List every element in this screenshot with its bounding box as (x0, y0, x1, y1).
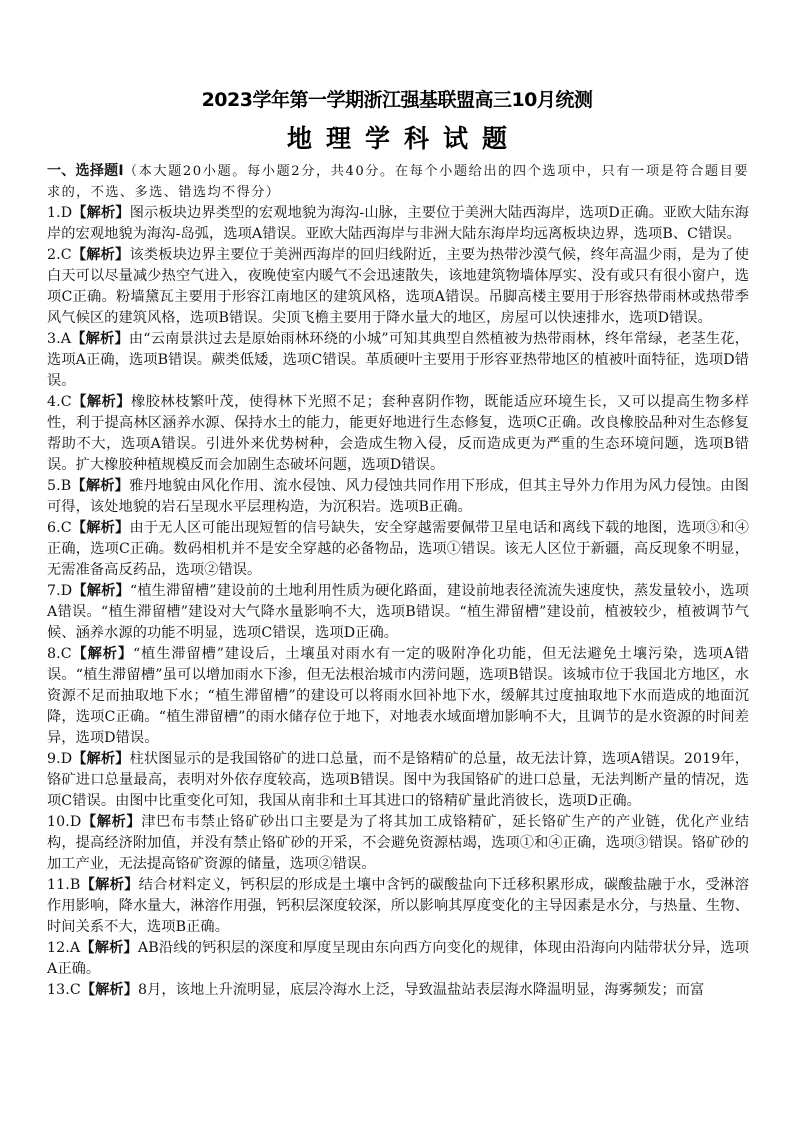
answer-text: 由于无人区可能出现短暂的信号缺失，安全穿越需要佩带卫星电话和离线下载的地图，选项… (47, 520, 749, 578)
answer-number: 13.C (47, 982, 81, 998)
subject-title: 地理学科试题 (0, 124, 794, 154)
answer-text: “植生滞留槽”建设后，土壤虽对雨水有一定的吸附净化功能，但无法避免土壤污染，选项… (47, 646, 749, 746)
answer-number: 7.D (47, 583, 72, 599)
answer-item-11: 11.B【解析】结合材料定义，钙积层的形成是土壤中含钙的碳酸盐向下迁移积累形成，… (47, 875, 749, 938)
answer-item-8: 8.C【解析】“植生滞留槽”建设后，土壤虽对雨水有一定的吸附净化功能，但无法避免… (47, 644, 749, 749)
analysis-tag: 【解析】 (72, 247, 130, 263)
answer-item-1: 1.D【解析】图示板块边界类型的宏观地貌为海沟-山脉，主要位于美洲大陆西海岸，选… (47, 203, 749, 245)
analysis-tag: 【解析】 (80, 877, 138, 893)
answer-number: 10.D (47, 814, 81, 830)
analysis-tag: 【解析】 (72, 646, 133, 662)
analysis-tag: 【解析】 (72, 751, 129, 767)
section-heading: 一、选择题Ⅰ（本大题20小题。每小题2分，共40分。在每个小题给出的四个选项中，… (47, 161, 749, 203)
answer-number: 6.C (47, 520, 72, 536)
answer-text: 由“云南景洪过去是原始雨林环绕的小城”可知其典型自然植被为热带雨林，终年常绿，老… (47, 331, 749, 389)
answer-text: AB沿线的钙积层的深度和厚度呈现由东向西方向变化的规律，体现由沿海向内陆带状分异… (47, 940, 749, 977)
answer-text: 结合材料定义，钙积层的形成是土壤中含钙的碳酸盐向下迁移积累形成，碳酸盐融于水，受… (47, 877, 749, 935)
analysis-tag: 【解析】 (72, 394, 131, 410)
answer-item-6: 6.C【解析】由于无人区可能出现短暂的信号缺失，安全穿越需要佩带卫星电话和离线下… (47, 518, 749, 581)
answer-item-4: 4.C【解析】橡胶林枝繁叶茂，使得林下光照不足；套种喜阴作物，既能适应环境生长，… (47, 392, 749, 476)
section-label: 一、选择题Ⅰ (47, 163, 124, 179)
analysis-tag: 【解析】 (72, 205, 129, 221)
answer-number: 2.C (47, 247, 72, 263)
answer-item-9: 9.D【解析】柱状图显示的是我国铬矿的进口总量，而不是铬精矿的总量，故无法计算，… (47, 749, 749, 812)
answer-text: 该类板块边界主要位于美洲西海岸的回归线附近，主要为热带沙漠气候，终年高温少雨，是… (47, 247, 749, 326)
analysis-tag: 【解析】 (81, 814, 141, 830)
answer-text: 津巴布韦禁止铬矿砂出口主要是为了将其加工成铬精矿，延长铬矿生产的产业链，优化产业… (47, 814, 749, 872)
answer-text: 8月，该地上升流明显，底层冷海水上泛，导致温盐站表层海水降温明显，海雾频发；而富 (138, 982, 704, 998)
answer-item-2: 2.C【解析】该类板块边界主要位于美洲西海岸的回归线附近，主要为热带沙漠气候，终… (47, 245, 749, 329)
analysis-tag: 【解析】 (72, 583, 130, 599)
answer-item-3: 3.A【解析】由“云南景洪过去是原始雨林环绕的小城”可知其典型自然植被为热带雨林… (47, 329, 749, 392)
answer-number: 1.D (47, 205, 72, 221)
answer-text: “植生滞留槽”建设前的土地利用性质为硬化路面，建设前地表径流流失速度快，蒸发量较… (47, 583, 749, 641)
answer-item-5: 5.B【解析】雅丹地貌由风化作用、流水侵蚀、风力侵蚀共同作用下形成，但其主导外力… (47, 476, 749, 518)
answer-text: 橡胶林枝繁叶茂，使得林下光照不足；套种喜阴作物，既能适应环境生长，又可以提高生物… (47, 394, 749, 473)
answer-text: 柱状图显示的是我国铬矿的进口总量，而不是铬精矿的总量，故无法计算，选项A错误。2… (47, 751, 749, 809)
answer-number: 5.B (47, 478, 71, 494)
analysis-tag: 【解析】 (71, 478, 129, 494)
section-instructions: （本大题20小题。每小题2分，共40分。在每个小题给出的四个选项中，只有一项是符… (47, 164, 749, 200)
answer-item-13: 13.C【解析】8月，该地上升流明显，底层冷海水上泛，导致温盐站表层海水降温明显… (47, 980, 749, 1001)
answer-number: 8.C (47, 646, 72, 662)
analysis-tag: 【解析】 (80, 940, 138, 956)
answer-number: 3.A (47, 331, 71, 347)
analysis-tag: 【解析】 (71, 331, 129, 347)
answer-number: 9.D (47, 751, 72, 767)
answer-text: 雅丹地貌由风化作用、流水侵蚀、风力侵蚀共同作用下形成，但其主导外力作用为风力侵蚀… (47, 478, 749, 515)
document-page: 2023学年第一学期浙江强基联盟高三10月统测 地理学科试题 一、选择题Ⅰ（本大… (0, 0, 794, 1123)
answer-number: 11.B (47, 877, 80, 893)
analysis-tag: 【解析】 (72, 520, 130, 536)
answer-body: 一、选择题Ⅰ（本大题20小题。每小题2分，共40分。在每个小题给出的四个选项中，… (47, 161, 749, 1001)
answer-text: 图示板块边界类型的宏观地貌为海沟-山脉，主要位于美洲大陆西海岸，选项D正确。亚欧… (47, 205, 749, 242)
answer-number: 12.A (47, 940, 80, 956)
analysis-tag: 【解析】 (81, 982, 138, 998)
answer-item-12: 12.A【解析】AB沿线的钙积层的深度和厚度呈现由东向西方向变化的规律，体现由沿… (47, 938, 749, 980)
answer-number: 4.C (47, 394, 72, 410)
exam-title: 2023学年第一学期浙江强基联盟高三10月统测 (0, 88, 794, 112)
answer-item-10: 10.D【解析】津巴布韦禁止铬矿砂出口主要是为了将其加工成铬精矿，延长铬矿生产的… (47, 812, 749, 875)
answer-item-7: 7.D【解析】“植生滞留槽”建设前的土地利用性质为硬化路面，建设前地表径流流失速… (47, 581, 749, 644)
